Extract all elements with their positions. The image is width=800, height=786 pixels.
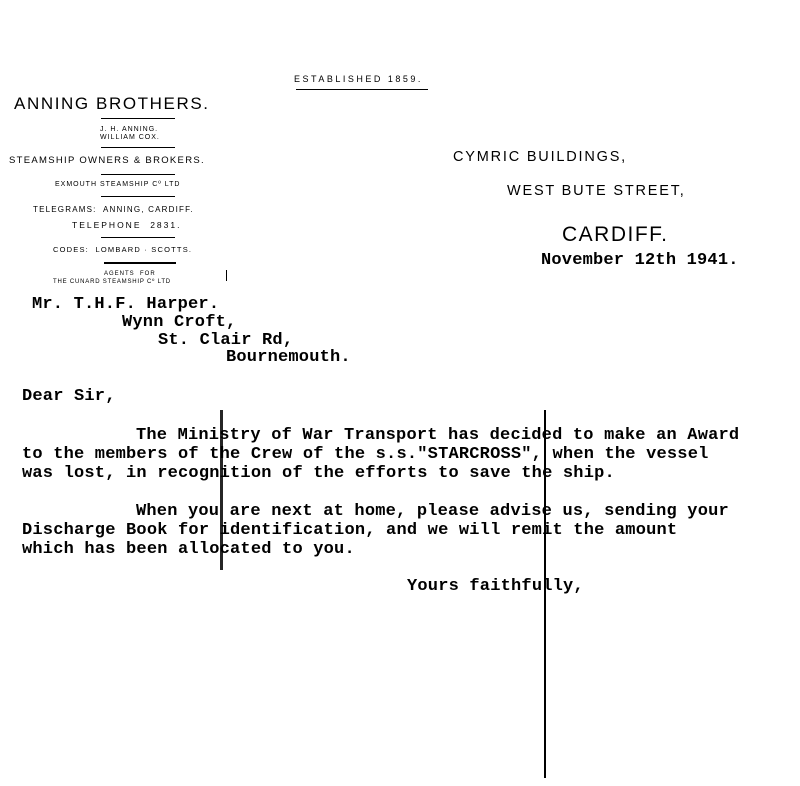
telephone-text: TELEPHONE 2831. xyxy=(72,220,181,230)
established-text: ESTABLISHED 1859. xyxy=(294,74,423,84)
company-name: ANNING BROTHERS. xyxy=(14,94,210,114)
body-line: which has been allocated to you. xyxy=(22,540,355,559)
salutation: Dear Sir, xyxy=(22,387,116,406)
subsidiary-text: EXMOUTH STEAMSHIP Cº LTD xyxy=(55,181,180,188)
divider xyxy=(101,118,175,119)
partner-name: J. H. ANNING. xyxy=(100,126,158,134)
mark xyxy=(226,270,227,281)
body-line: was lost, in recognition of the efforts … xyxy=(22,464,615,483)
recipient-address-line: Wynn Croft, xyxy=(122,313,236,332)
fold-crease xyxy=(544,410,546,778)
body-line: When you are next at home, please advise… xyxy=(136,502,729,521)
recipient-name: Mr. T.H.F. Harper. xyxy=(32,295,219,314)
recipient-address-line: Bournemouth. xyxy=(226,348,351,367)
body-line: to the members of the Crew of the s.s."S… xyxy=(22,445,709,464)
address-city: CARDIFF. xyxy=(562,223,669,247)
partner-name: WILLIAM COX. xyxy=(100,134,160,142)
address-line-2: WEST BUTE STREET, xyxy=(507,183,686,199)
divider xyxy=(104,262,176,264)
divider xyxy=(101,237,175,238)
codes-text: CODES: LOMBARD · SCOTTS. xyxy=(53,245,192,254)
telegrams-text: TELEGRAMS: ANNING, CARDIFF. xyxy=(33,205,194,214)
divider xyxy=(101,174,175,175)
body-line: Discharge Book for identification, and w… xyxy=(22,521,677,540)
agents-company: THE CUNARD STEAMSHIP Cº LTD xyxy=(53,279,171,285)
agents-label: AGENTS FOR xyxy=(104,271,156,277)
address-line-1: CYMRIC BUILDINGS, xyxy=(453,149,627,165)
body-line: The Ministry of War Transport has decide… xyxy=(136,426,739,445)
divider xyxy=(296,89,428,90)
divider xyxy=(101,196,175,197)
closing: Yours faithfully, xyxy=(407,577,584,596)
letter-date: November 12th 1941. xyxy=(541,251,739,270)
divider xyxy=(101,147,175,148)
business-description: STEAMSHIP OWNERS & BROKERS. xyxy=(9,155,205,166)
fold-crease xyxy=(220,410,223,570)
